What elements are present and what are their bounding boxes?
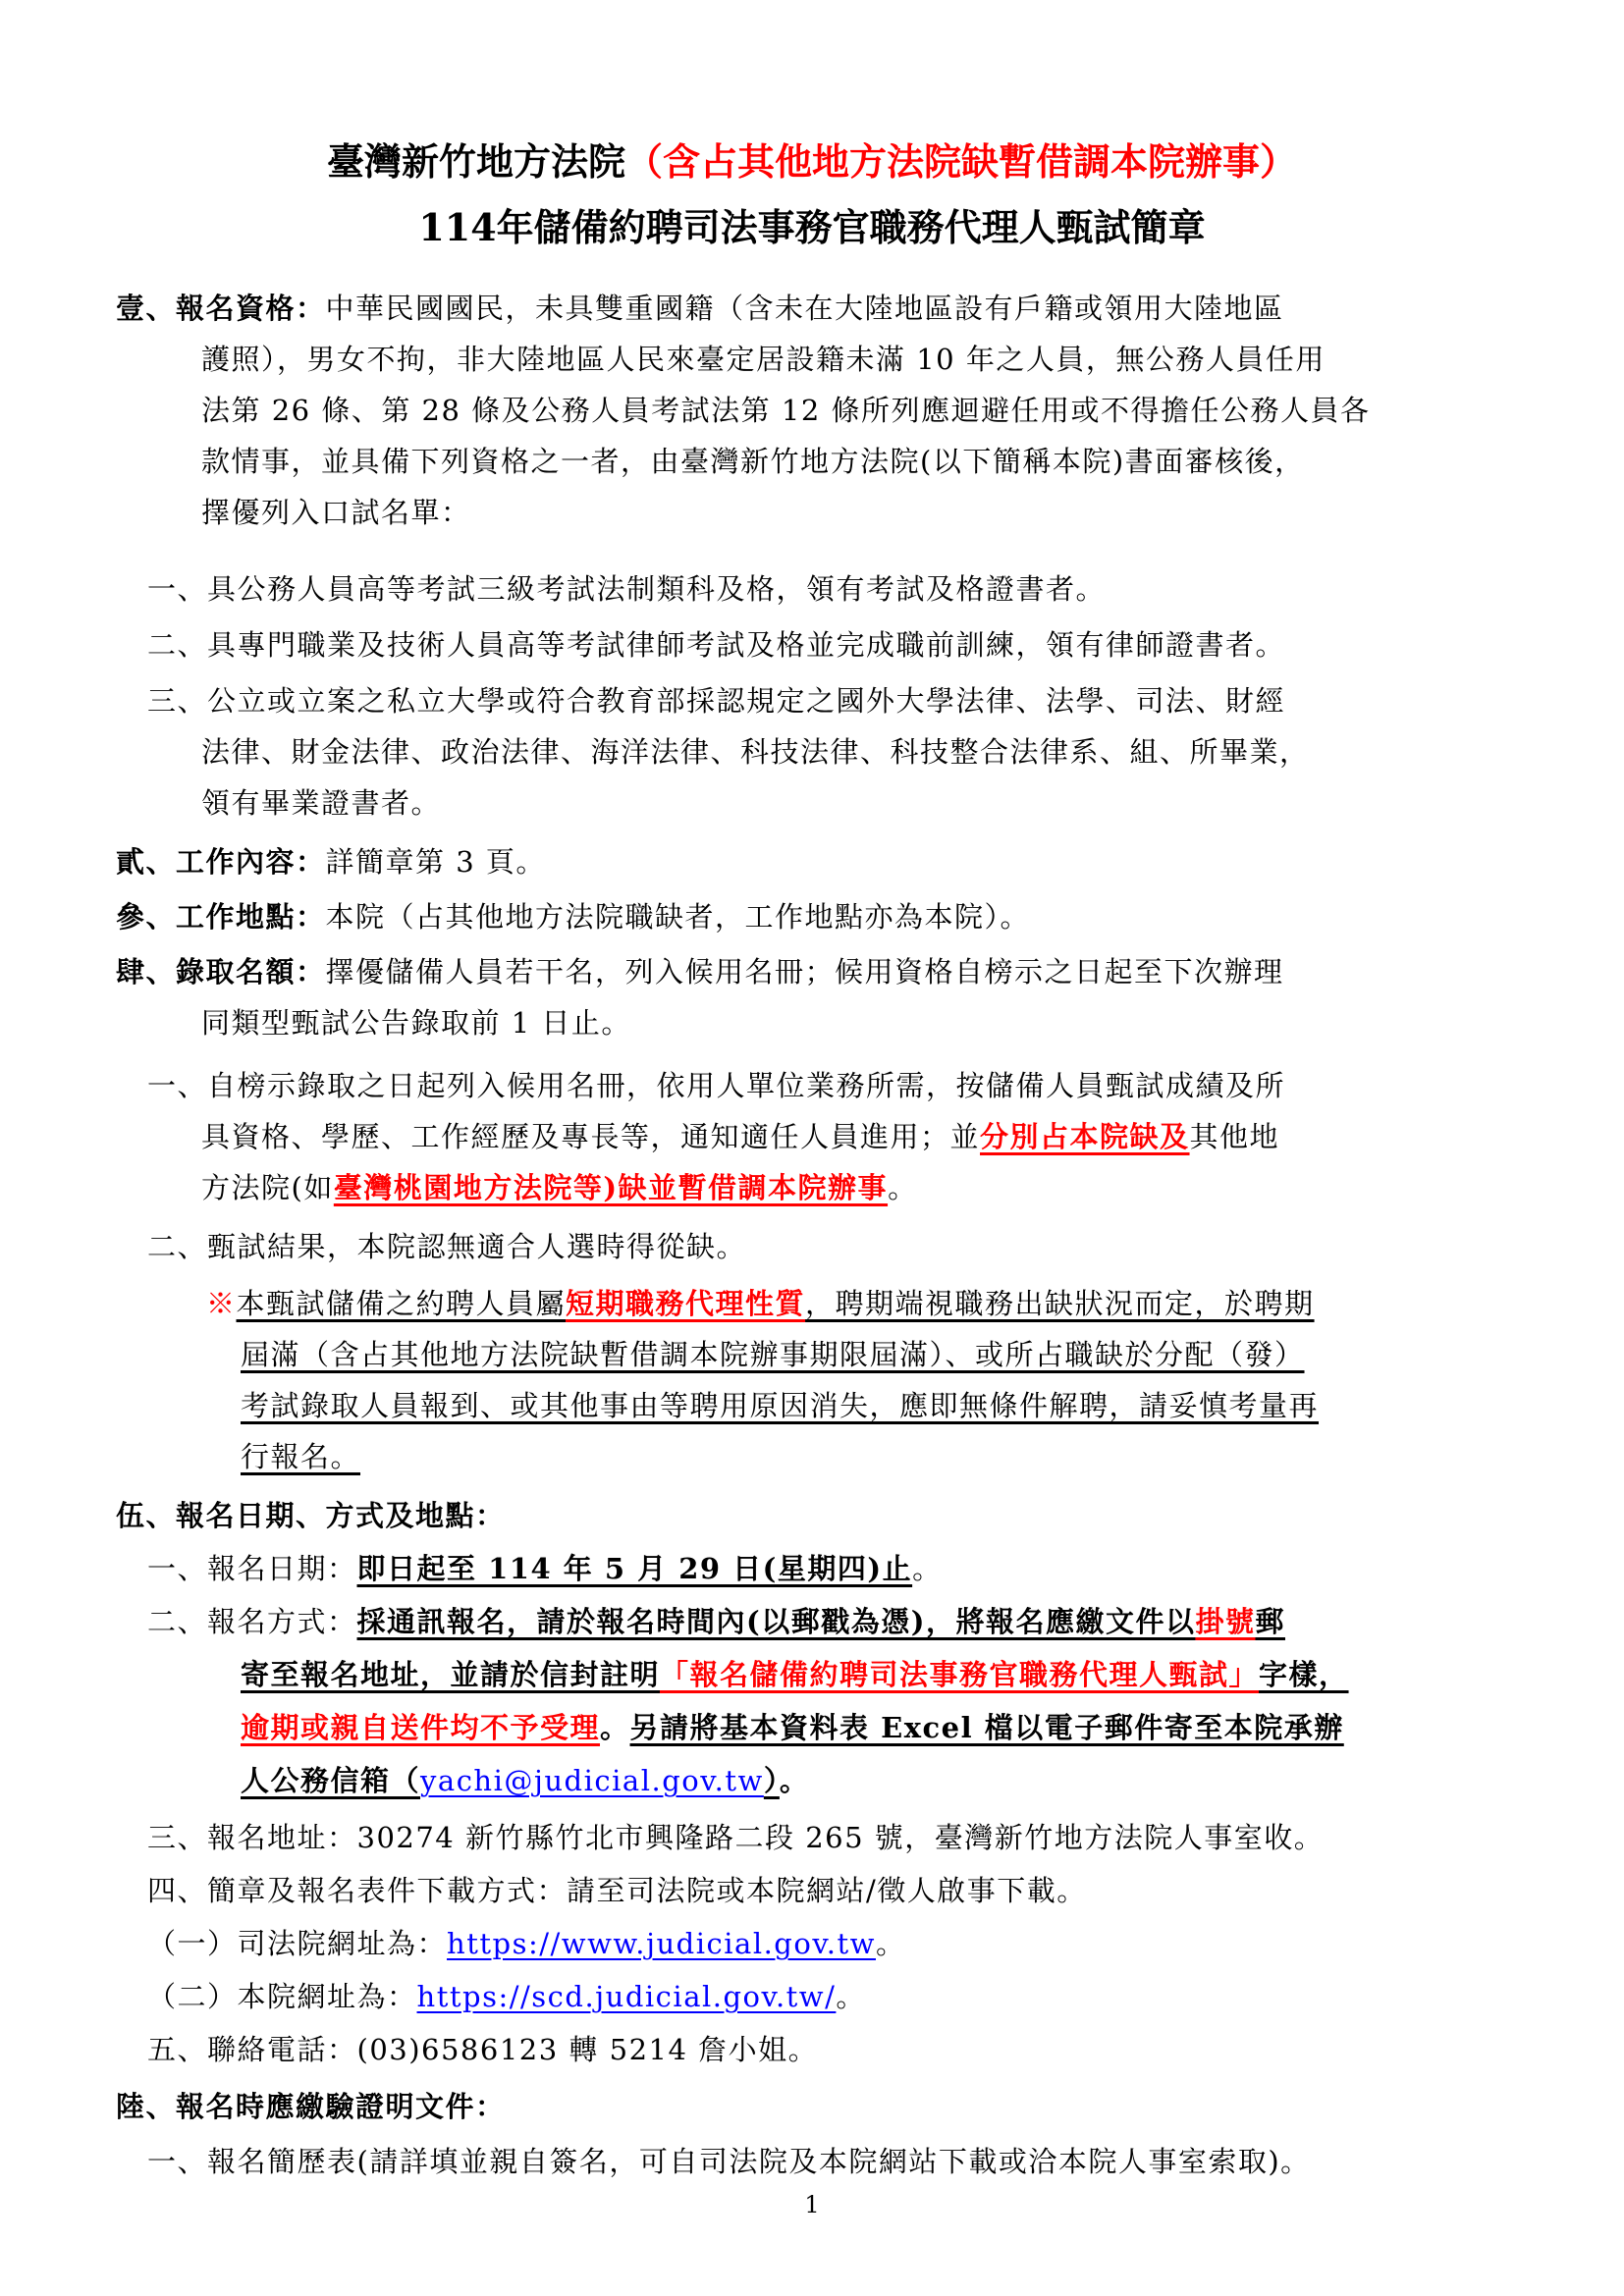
list-item-cont: 法律、財金法律、政治法律、海洋法律、科技法律、科技整合法律系、組、所畢業，: [201, 732, 1310, 772]
sub-item: （二）本院網址為：https://scd.judicial.gov.tw/。: [147, 1977, 866, 2016]
judicial-website-link[interactable]: https://www.judicial.gov.tw: [447, 1927, 876, 1960]
document-page: 臺灣新竹地方法院（含占其他地方法院缺暫借調本院辦事） 114年儲備約聘司法事務官…: [0, 0, 1624, 2296]
highlight-red: 分別占本院缺及: [980, 1120, 1190, 1153]
title-note: （含占其他地方法院缺暫借調本院辦事）: [625, 139, 1297, 184]
court-name: 臺灣新竹地方法院: [327, 139, 625, 184]
page-number: 1: [0, 2191, 1624, 2218]
highlight-red: 臺灣桃園地方法院等)缺並暫借調本院辦事: [334, 1171, 888, 1204]
note-line: 行報名。: [241, 1437, 360, 1476]
section-4-line: 肆、錄取名額：擇優儲備人員若干名，列入候用名冊；候用資格自榜示之日起至下次辦理: [116, 952, 1284, 991]
email-link[interactable]: yachi@judicial.gov.tw: [420, 1764, 764, 1797]
list-item-cont: 逾期或親自送件均不予受理。另請將基本資料表 Excel 檔以電子郵件寄至本院承辦: [241, 1708, 1344, 1747]
list-item: 四、簡章及報名表件下載方式：請至司法院或本院網站/徵人啟事下載。: [147, 1871, 1087, 1910]
note-line: 屆滿（含占其他地方法院缺暫借調本院辦事期限屆滿）、或所占職缺於分配（發）: [241, 1335, 1305, 1374]
section-1-label: 壹、報名資格：: [116, 292, 326, 325]
list-item: 一、報名簡歷表(請詳填並親自簽名，可自司法院及本院網站下載或洽本院人事室索取)。: [147, 2142, 1311, 2181]
section-1-line: 法第 26 條、第 28 條及公務人員考試法第 12 條所列應迴避任用或不得擔任…: [201, 391, 1371, 430]
document-title: 臺灣新竹地方法院（含占其他地方法院缺暫借調本院辦事）: [0, 137, 1624, 187]
sub-item: （一）司法院網址為：https://www.judicial.gov.tw。: [147, 1924, 906, 1963]
section-1-line: 壹、報名資格：中華民國國民，未具雙重國籍（含未在大陸地區設有戶籍或領用大陸地區: [116, 289, 1284, 328]
section-3-line: 參、工作地點：本院（占其他地方法院職缺者，工作地點亦為本院）。: [116, 897, 1030, 936]
list-item: 一、自榜示錄取之日起列入候用名冊，依用人單位業務所需，按儲備人員甄試成績及所: [147, 1066, 1285, 1105]
list-item: 五、聯絡電話：(03)6586123 轉 5214 詹小姐。: [147, 2030, 818, 2069]
note-line: 考試錄取人員報到、或其他事由等聘用原因消失，應即無條件解聘，請妥慎考量再: [241, 1386, 1319, 1425]
section-1-line: 款情事，並具備下列資格之一者，由臺灣新竹地方法院(以下簡稱本院)書面審核後，: [201, 442, 1305, 481]
list-item-cont: 方法院(如臺灣桃園地方法院等)缺並暫借調本院辦事。: [201, 1168, 918, 1207]
list-item: 一、報名日期：即日起至 114 年 5 月 29 日(星期四)止。: [147, 1549, 943, 1588]
note-line: ※本甄試儲備之約聘人員屬短期職務代理性質，聘期端視職務出缺狀況而定，於聘期: [206, 1284, 1315, 1323]
section-1-line: 擇優列入口試名單：: [201, 493, 471, 532]
list-item-cont: 領有畢業證書者。: [201, 783, 441, 823]
section-2-line: 貳、工作內容：詳簡章第 3 頁。: [116, 842, 546, 881]
document-subtitle: 114年儲備約聘司法事務官職務代理人甄試簡章: [0, 203, 1624, 252]
section-1-line: 護照），男女不拘，非大陸地區人民來臺定居設籍未滿 10 年之人員，無公務人員任用: [201, 340, 1326, 379]
list-item: 二、報名方式：採通訊報名，請於報名時間內(以郵戳為憑)，將報名應繳文件以掛號郵: [147, 1602, 1285, 1641]
list-item-cont: 人公務信箱（yachi@judicial.gov.tw）。: [241, 1761, 809, 1800]
list-item: 一、具公務人員高等考試三級考試法制類科及格，領有考試及格證書者。: [147, 569, 1106, 609]
list-item: 三、報名地址：30274 新竹縣竹北市興隆路二段 265 號，臺灣新竹地方法院人…: [147, 1818, 1324, 1857]
list-item: 二、甄試結果，本院認無適合人選時得從缺。: [147, 1227, 746, 1266]
section-6-label: 陸、報名時應繳驗證明文件：: [116, 2087, 506, 2126]
list-item: 二、具專門職業及技術人員高等考試律師考試及格並完成職前訓練，領有律師證書者。: [147, 625, 1285, 665]
section-5-label: 伍、報名日期、方式及地點：: [116, 1496, 506, 1535]
list-item-cont: 具資格、學歷、工作經歷及專長等，通知適任人員進用；並分別占本院缺及其他地: [201, 1117, 1279, 1156]
list-item-cont: 寄至報名地址，並請於信封註明「報名儲備約聘司法事務官職務代理人甄試」字樣，: [241, 1655, 1349, 1694]
court-website-link[interactable]: https://scd.judicial.gov.tw/: [417, 1980, 837, 2013]
list-item: 三、公立或立案之私立大學或符合教育部採認規定之國外大學法律、法學、司法、財經: [147, 681, 1285, 721]
note-mark: ※: [206, 1287, 237, 1320]
section-4-line: 同類型甄試公告錄取前 1 日止。: [201, 1003, 631, 1042]
